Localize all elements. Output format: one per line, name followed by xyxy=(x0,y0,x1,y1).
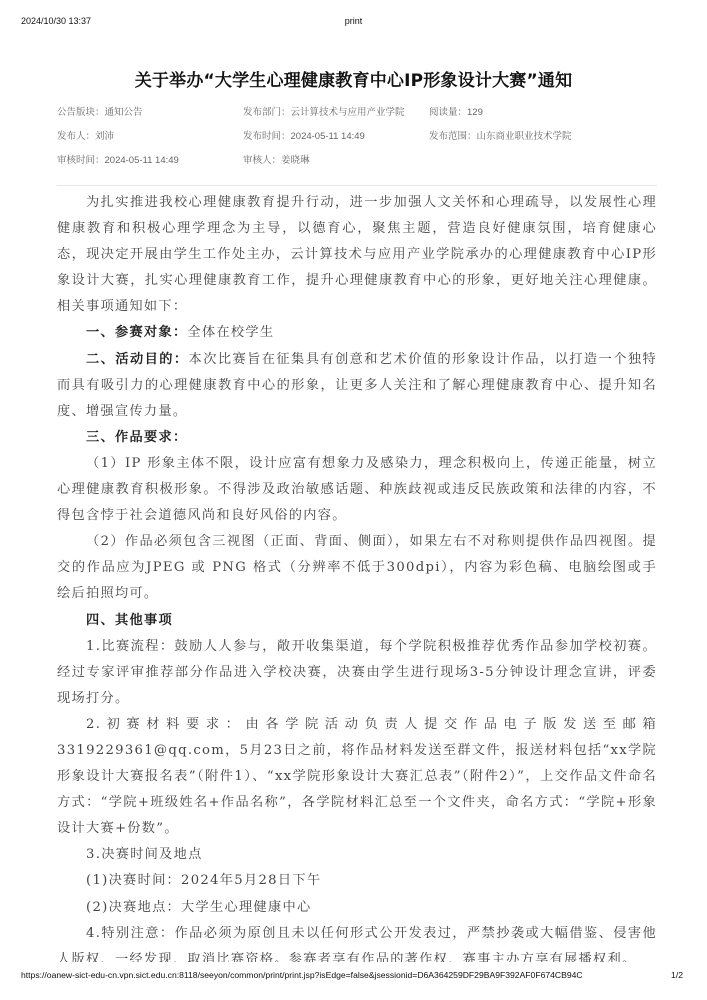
section-3-item-1: （1）IP 形象主体不限，设计应富有想象力及感染力，理念积极向上，传递正能量，树… xyxy=(57,451,657,529)
section-4-item-3-place: (2)决赛地点：大学生心理健康中心 xyxy=(57,895,657,921)
intro-paragraph: 为扎实推进我校心理健康教育提升行动，进一步加强人文关怀和心理疏导，以发展性心理健… xyxy=(57,190,657,320)
section-4-item-1: 1.比赛流程：鼓励人人参与，敞开收集渠道，每个学院积极推荐优秀作品参加学校初赛。… xyxy=(57,634,657,712)
page-url: https://oanew-sict-edu-cn.vpn.sict.edu.c… xyxy=(21,970,583,980)
meta-read-count: 阅读量：129 xyxy=(429,104,483,118)
page-number: 1/2 xyxy=(671,970,683,980)
meta-row: 审核时间：2024-05-11 14:49 审核人：姜晓琳 xyxy=(57,152,657,176)
section-4-item-3-time: (1)决赛时间：2024年5月28日下午 xyxy=(57,868,657,894)
section-4-item-2: 2.初赛材料要求：由各学院活动负责人提交作品电子版发送至邮箱3319229361… xyxy=(57,712,657,842)
meta-publish-time: 发布时间：2024-05-11 14:49 xyxy=(243,128,365,142)
section-2-heading: 二、活动目的： xyxy=(86,352,189,367)
section-4: 四、其他事项 xyxy=(57,608,657,634)
print-header: 2024/10/30 13:37 print xyxy=(0,16,707,30)
section-4-heading: 四、其他事项 xyxy=(86,613,173,628)
document-meta: 公告版块：通知公告 发布部门：云计算技术与应用产业学院 阅读量：129 发布人：… xyxy=(57,104,657,176)
meta-review-time: 审核时间：2024-05-11 14:49 xyxy=(57,152,179,166)
print-footer: https://oanew-sict-edu-cn.vpn.sict.edu.c… xyxy=(0,970,707,984)
section-1-text: 全体在校学生 xyxy=(187,325,274,340)
section-3-heading: 三、作品要求： xyxy=(86,430,187,445)
section-1-heading: 一、参赛对象： xyxy=(86,325,187,340)
meta-row: 发布人：刘沛 发布时间：2024-05-11 14:49 发布范围：山东商业职业… xyxy=(57,128,657,152)
document-body: 为扎实推进我校心理健康教育提升行动，进一步加强人文关怀和心理疏导，以发展性心理健… xyxy=(57,190,657,962)
section-4-item-3: 3.决赛时间及地点 xyxy=(57,842,657,868)
meta-publisher: 发布人：刘沛 xyxy=(57,128,114,142)
meta-reviewer: 审核人：姜晓琳 xyxy=(243,152,310,166)
divider xyxy=(57,185,657,186)
section-3: 三、作品要求： xyxy=(57,425,657,451)
section-4-item-4: 4.特别注意：作品必须为原创且未以任何形式公开发表过，严禁抄袭或大幅借鉴、侵害他… xyxy=(57,921,657,962)
meta-scope: 发布范围：山东商业职业技术学院 xyxy=(429,128,572,142)
section-1: 一、参赛对象：全体在校学生 xyxy=(57,320,657,346)
document-title: 关于举办“大学生心理健康教育中心IP形象设计大赛”通知 xyxy=(0,66,707,91)
meta-department: 发布部门：云计算技术与应用产业学院 xyxy=(243,104,405,118)
section-2: 二、活动目的：本次比赛旨在征集具有创意和艺术价值的形象设计作品，以打造一个独特而… xyxy=(57,347,657,425)
print-page-title: print xyxy=(0,16,707,26)
section-3-item-2: （2）作品必须包含三视图（正面、背面、侧面），如果左右不对称则提供作品四视图。提… xyxy=(57,529,657,607)
meta-row: 公告版块：通知公告 发布部门：云计算技术与应用产业学院 阅读量：129 xyxy=(57,104,657,128)
meta-board: 公告版块：通知公告 xyxy=(57,104,143,118)
